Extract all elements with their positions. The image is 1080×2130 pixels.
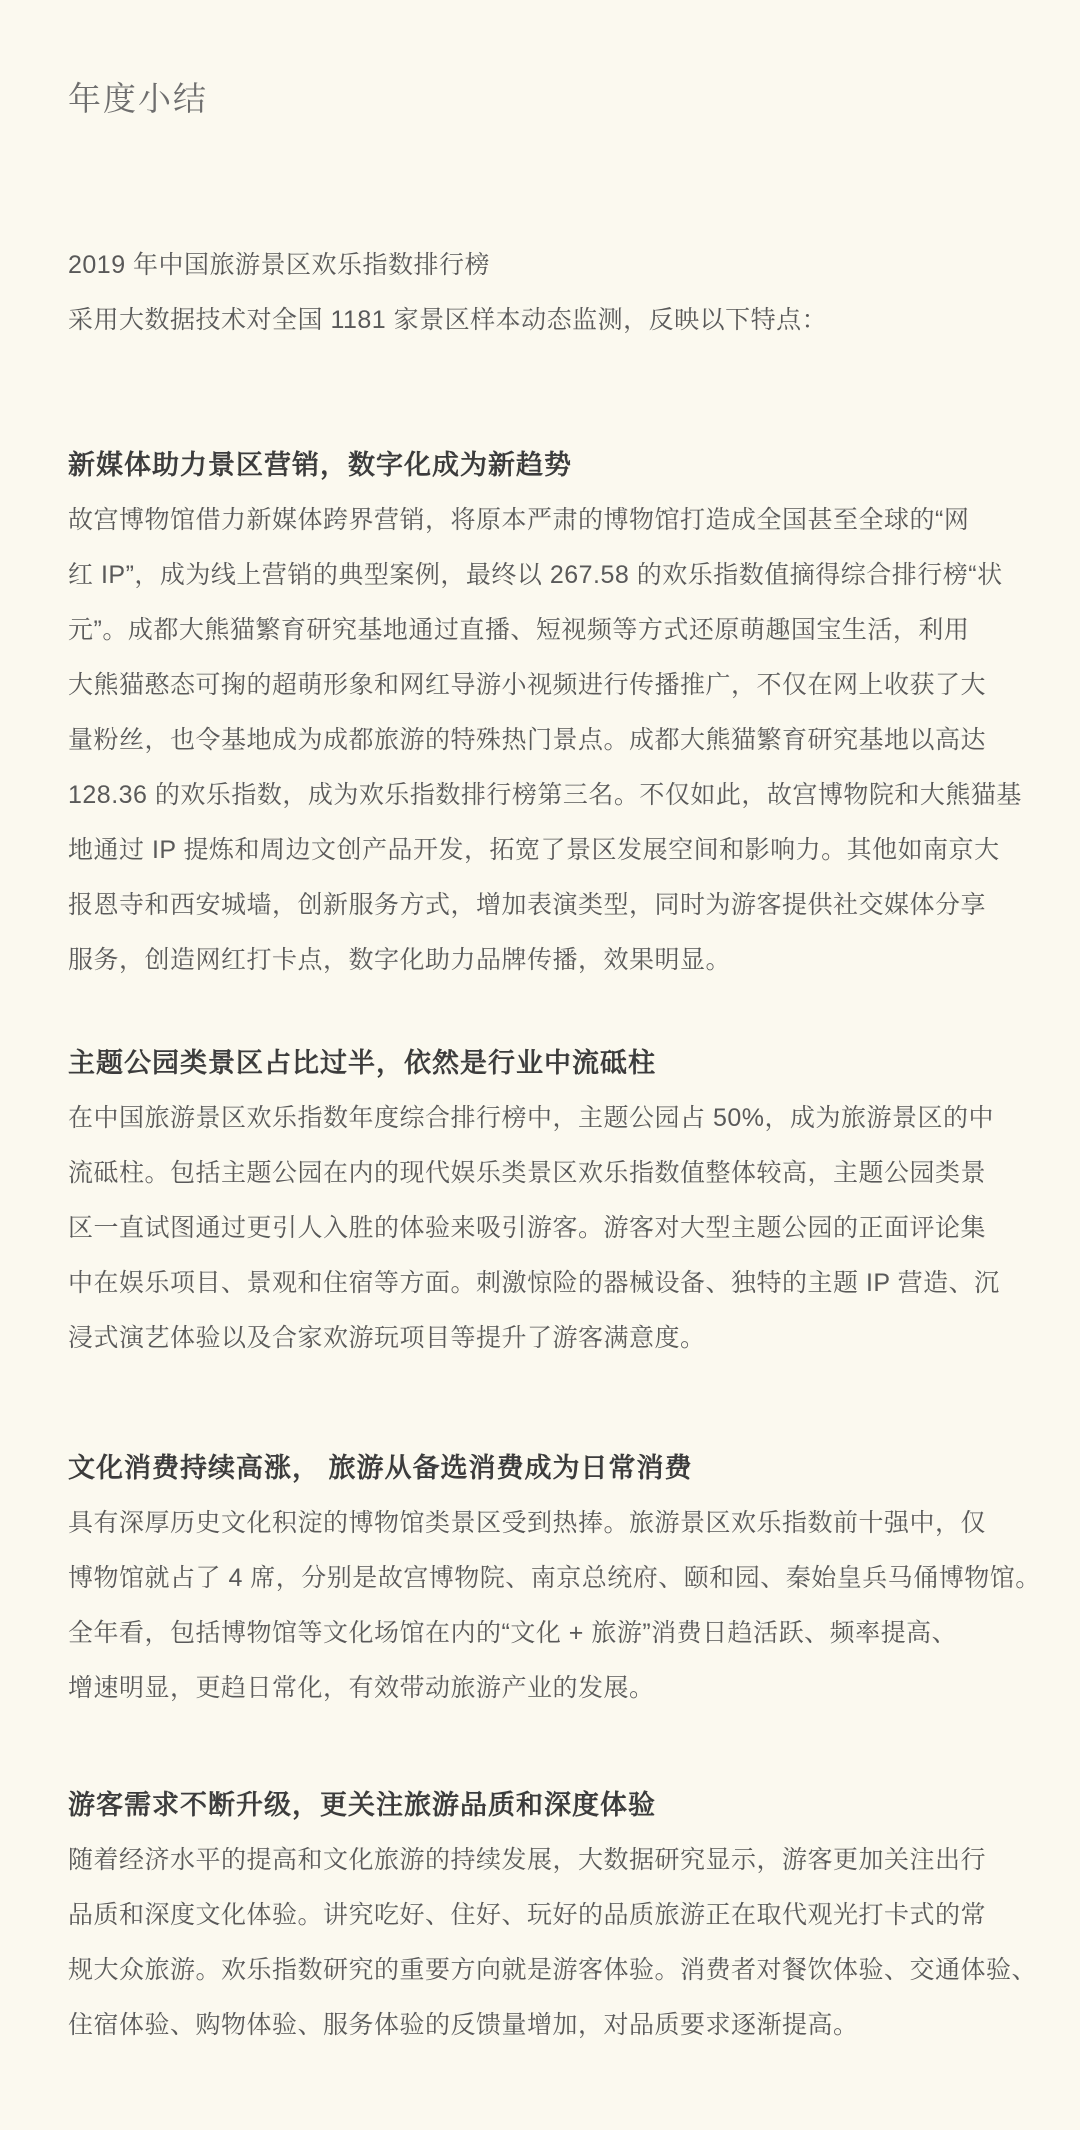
- intro-line-group-1: 2019 年中国旅游景区欢乐指数排行榜: [68, 238, 1012, 293]
- section-new-media: 新媒体助力景区营销，数字化成为新趋势 故宫博物馆借力新媒体跨界营销，将原本严肃的…: [68, 438, 1012, 988]
- intro-line-group-2: 采用大数据技术对全国 1181 家景区样本动态监测，反映以下特点：: [68, 293, 1012, 348]
- text-line: 全年看，包括博物馆等文化场馆在内的“文化 + 旅游”消费日趋活跃、频率提高、: [68, 1606, 1012, 1661]
- text-line: 区一直试图通过更引人入胜的体验来吸引游客。游客对大型主题公园的正面评论集: [68, 1201, 1012, 1256]
- page: 年度小结 2019 年中国旅游景区欢乐指数排行榜 采用大数据技术对全国 1181…: [0, 76, 1080, 2053]
- text-line: 报恩寺和西安城墙，创新服务方式，增加表演类型，同时为游客提供社交媒体分享: [68, 878, 1012, 933]
- text-line: 红 IP”，成为线上营销的典型案例，最终以 267.58 的欢乐指数值摘得综合排…: [68, 548, 1012, 603]
- document-title: 年度小结: [68, 76, 1012, 122]
- text-line: 随着经济水平的提高和文化旅游的持续发展，大数据研究显示，游客更加关注出行: [68, 1833, 1012, 1888]
- text-line: 地通过 IP 提炼和周边文创产品开发，拓宽了景区发展空间和影响力。其他如南京大: [68, 823, 1012, 878]
- section-paragraph: 故宫博物馆借力新媒体跨界营销，将原本严肃的博物馆打造成全国甚至全球的“网红 IP…: [68, 493, 1012, 988]
- section-heading: 新媒体助力景区营销，数字化成为新趋势: [68, 438, 1012, 493]
- text-line: 量粉丝，也令基地成为成都旅游的特殊热门景点。成都大熊猫繁育研究基地以高达: [68, 713, 1012, 768]
- section-theme-parks: 主题公园类景区占比过半，依然是行业中流砥柱 在中国旅游景区欢乐指数年度综合排行榜…: [68, 1036, 1012, 1366]
- text-line: 服务，创造网红打卡点，数字化助力品牌传播，效果明显。: [68, 933, 1012, 988]
- section-culture-consumption: 文化消费持续高涨， 旅游从备选消费成为日常消费 具有深厚历史文化积淀的博物馆类景…: [68, 1441, 1012, 1716]
- text-line: 住宿体验、购物体验、服务体验的反馈量增加，对品质要求逐渐提高。: [68, 1998, 1012, 2053]
- intro-paragraph: 2019 年中国旅游景区欢乐指数排行榜 采用大数据技术对全国 1181 家景区样…: [68, 238, 1012, 348]
- text-line: 博物馆就占了 4 席，分别是故宫博物院、南京总统府、颐和园、秦始皇兵马俑博物馆。: [68, 1551, 1012, 1606]
- text-line: 具有深厚历史文化积淀的博物馆类景区受到热捧。旅游景区欢乐指数前十强中，仅: [68, 1496, 1012, 1551]
- section-heading: 游客需求不断升级，更关注旅游品质和深度体验: [68, 1778, 1012, 1833]
- section-tourist-demand: 游客需求不断升级，更关注旅游品质和深度体验 随着经济水平的提高和文化旅游的持续发…: [68, 1778, 1012, 2053]
- text-line: 元”。成都大熊猫繁育研究基地通过直播、短视频等方式还原萌趣国宝生活，利用: [68, 603, 1012, 658]
- text-line: 大熊猫憨态可掬的超萌形象和网红导游小视频进行传播推广，不仅在网上收获了大: [68, 658, 1012, 713]
- section-paragraph: 随着经济水平的提高和文化旅游的持续发展，大数据研究显示，游客更加关注出行品质和深…: [68, 1833, 1012, 2053]
- text-line: 浸式演艺体验以及合家欢游玩项目等提升了游客满意度。: [68, 1311, 1012, 1366]
- section-paragraph: 具有深厚历史文化积淀的博物馆类景区受到热捧。旅游景区欢乐指数前十强中，仅博物馆就…: [68, 1496, 1012, 1716]
- text-line: 故宫博物馆借力新媒体跨界营销，将原本严肃的博物馆打造成全国甚至全球的“网: [68, 493, 1012, 548]
- text-line: 在中国旅游景区欢乐指数年度综合排行榜中，主题公园占 50%，成为旅游景区的中: [68, 1091, 1012, 1146]
- text-line: 流砥柱。包括主题公园在内的现代娱乐类景区欢乐指数值整体较高，主题公园类景: [68, 1146, 1012, 1201]
- section-paragraph: 在中国旅游景区欢乐指数年度综合排行榜中，主题公园占 50%，成为旅游景区的中流砥…: [68, 1091, 1012, 1366]
- text-line: 128.36 的欢乐指数，成为欢乐指数排行榜第三名。不仅如此，故宫博物院和大熊猫…: [68, 768, 1012, 823]
- section-heading: 文化消费持续高涨， 旅游从备选消费成为日常消费: [68, 1441, 1012, 1496]
- text-line: 采用大数据技术对全国 1181 家景区样本动态监测，反映以下特点：: [68, 293, 1012, 348]
- text-line: 规大众旅游。欢乐指数研究的重要方向就是游客体验。消费者对餐饮体验、交通体验、: [68, 1943, 1012, 1998]
- section-heading: 主题公园类景区占比过半，依然是行业中流砥柱: [68, 1036, 1012, 1091]
- text-line: 中在娱乐项目、景观和住宿等方面。刺激惊险的器械设备、独特的主题 IP 营造、沉: [68, 1256, 1012, 1311]
- text-line: 增速明显，更趋日常化，有效带动旅游产业的发展。: [68, 1661, 1012, 1716]
- text-line: 品质和深度文化体验。讲究吃好、住好、玩好的品质旅游正在取代观光打卡式的常: [68, 1888, 1012, 1943]
- text-line: 2019 年中国旅游景区欢乐指数排行榜: [68, 238, 1012, 293]
